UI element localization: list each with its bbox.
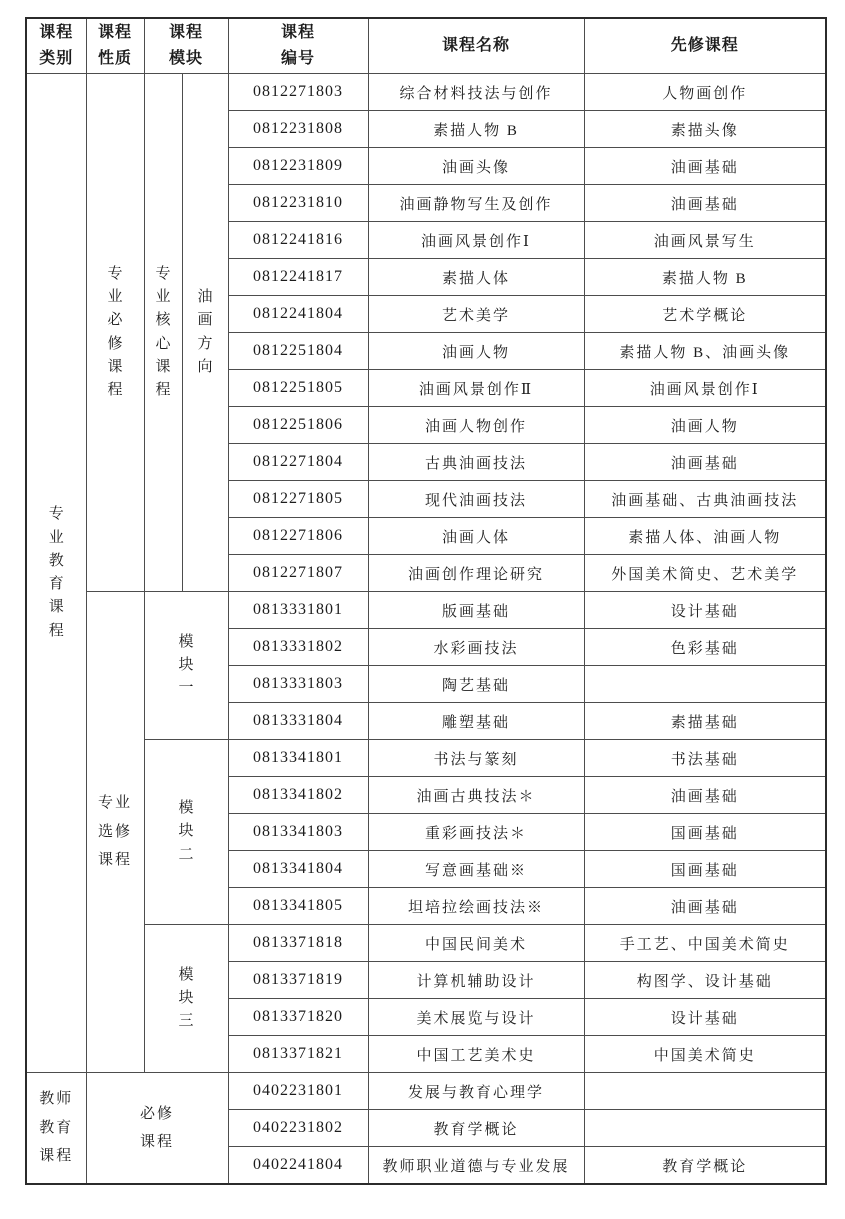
course-name: 油画静物写生及创作 bbox=[368, 185, 584, 222]
table-row: 模 块 二 0813341801书法与篆刻书法基础 bbox=[26, 740, 826, 777]
course-name: 雕塑基础 bbox=[368, 703, 584, 740]
course-name: 美术展览与设计 bbox=[368, 999, 584, 1036]
header-course-code: 课程 编号 bbox=[228, 18, 368, 74]
course-name: 油画风景创作Ⅱ bbox=[368, 370, 584, 407]
table-row: 模 块 三 0813371818中国民间美术手工艺、中国美术简史 bbox=[26, 925, 826, 962]
course-name: 油画创作理论研究 bbox=[368, 555, 584, 592]
course-prereq: 手工艺、中国美术简史 bbox=[584, 925, 826, 962]
course-name: 发展与教育心理学 bbox=[368, 1073, 584, 1110]
nature-major-required: 专 业 必 修 课 程 bbox=[86, 74, 144, 592]
course-code: 0813331802 bbox=[228, 629, 368, 666]
course-code: 0402241804 bbox=[228, 1147, 368, 1185]
course-code: 0813341801 bbox=[228, 740, 368, 777]
course-prereq: 色彩基础 bbox=[584, 629, 826, 666]
header-row: 课程 类别 课程 性质 课程 模块 课程 编号 课程名称 先修课程 bbox=[26, 18, 826, 74]
course-prereq: 油画基础 bbox=[584, 444, 826, 481]
course-code: 0812241816 bbox=[228, 222, 368, 259]
course-prereq: 油画基础 bbox=[584, 888, 826, 925]
course-name: 古典油画技法 bbox=[368, 444, 584, 481]
course-name: 现代油画技法 bbox=[368, 481, 584, 518]
module-oil-painting-direction: 油 画 方 向 bbox=[182, 74, 228, 592]
course-prereq: 油画风景创作Ⅰ bbox=[584, 370, 826, 407]
course-prereq: 艺术学概论 bbox=[584, 296, 826, 333]
course-prereq bbox=[584, 666, 826, 703]
course-name: 油画头像 bbox=[368, 148, 584, 185]
course-code: 0813371821 bbox=[228, 1036, 368, 1073]
course-code: 0813371818 bbox=[228, 925, 368, 962]
nature-teacher-required: 必修 课程 bbox=[86, 1073, 228, 1185]
course-name: 书法与篆刻 bbox=[368, 740, 584, 777]
course-name: 水彩画技法 bbox=[368, 629, 584, 666]
course-prereq: 国画基础 bbox=[584, 851, 826, 888]
course-code: 0812231810 bbox=[228, 185, 368, 222]
module-one: 模 块 一 bbox=[144, 592, 228, 740]
course-prereq: 油画风景写生 bbox=[584, 222, 826, 259]
header-course-name: 课程名称 bbox=[368, 18, 584, 74]
course-prereq: 油画基础、古典油画技法 bbox=[584, 481, 826, 518]
course-name: 教师职业道德与专业发展 bbox=[368, 1147, 584, 1185]
course-code: 0812251806 bbox=[228, 407, 368, 444]
course-table-sheet: 课程 类别 课程 性质 课程 模块 课程 编号 课程名称 先修课程 专 业 教 … bbox=[25, 17, 827, 1185]
course-prereq: 设计基础 bbox=[584, 999, 826, 1036]
course-table: 课程 类别 课程 性质 课程 模块 课程 编号 课程名称 先修课程 专 业 教 … bbox=[25, 17, 827, 1185]
header-course-nature: 课程 性质 bbox=[86, 18, 144, 74]
course-prereq: 外国美术简史、艺术美学 bbox=[584, 555, 826, 592]
course-name: 计算机辅助设计 bbox=[368, 962, 584, 999]
course-prereq: 素描人物 B bbox=[584, 259, 826, 296]
course-name: 油画人物创作 bbox=[368, 407, 584, 444]
course-prereq: 油画人物 bbox=[584, 407, 826, 444]
course-code: 0813331801 bbox=[228, 592, 368, 629]
course-prereq: 油画基础 bbox=[584, 777, 826, 814]
course-code: 0812271807 bbox=[228, 555, 368, 592]
header-course-category: 课程 类别 bbox=[26, 18, 86, 74]
course-prereq: 素描基础 bbox=[584, 703, 826, 740]
course-prereq: 国画基础 bbox=[584, 814, 826, 851]
course-prereq bbox=[584, 1073, 826, 1110]
course-name: 陶艺基础 bbox=[368, 666, 584, 703]
course-prereq bbox=[584, 1110, 826, 1147]
course-prereq: 中国美术简史 bbox=[584, 1036, 826, 1073]
course-name: 艺术美学 bbox=[368, 296, 584, 333]
course-name: 坦培拉绘画技法※ bbox=[368, 888, 584, 925]
course-prereq: 书法基础 bbox=[584, 740, 826, 777]
course-prereq: 素描头像 bbox=[584, 111, 826, 148]
course-code: 0813331804 bbox=[228, 703, 368, 740]
course-code: 0812271803 bbox=[228, 74, 368, 111]
course-code: 0813341805 bbox=[228, 888, 368, 925]
course-name: 油画风景创作Ⅰ bbox=[368, 222, 584, 259]
course-code: 0813371820 bbox=[228, 999, 368, 1036]
course-code: 0812271805 bbox=[228, 481, 368, 518]
header-course-module: 课程 模块 bbox=[144, 18, 228, 74]
course-name: 中国民间美术 bbox=[368, 925, 584, 962]
module-two: 模 块 二 bbox=[144, 740, 228, 925]
course-prereq: 素描人体、油画人物 bbox=[584, 518, 826, 555]
course-name: 重彩画技法＊ bbox=[368, 814, 584, 851]
table-row: 教师 教育 课程 必修 课程 0402231801发展与教育心理学 bbox=[26, 1073, 826, 1110]
course-name: 写意画基础※ bbox=[368, 851, 584, 888]
course-code: 0813341802 bbox=[228, 777, 368, 814]
course-prereq: 油画基础 bbox=[584, 148, 826, 185]
course-name: 油画古典技法＊ bbox=[368, 777, 584, 814]
course-prereq: 设计基础 bbox=[584, 592, 826, 629]
course-code: 0813341803 bbox=[228, 814, 368, 851]
course-code: 0813331803 bbox=[228, 666, 368, 703]
table-row: 专业 选修 课程 模 块 一 0813331801版画基础设计基础 bbox=[26, 592, 826, 629]
course-code: 0813341804 bbox=[228, 851, 368, 888]
course-name: 素描人体 bbox=[368, 259, 584, 296]
course-prereq: 构图学、设计基础 bbox=[584, 962, 826, 999]
course-code: 0812271804 bbox=[228, 444, 368, 481]
course-name: 综合材料技法与创作 bbox=[368, 74, 584, 111]
course-name: 油画人体 bbox=[368, 518, 584, 555]
course-code: 0402231802 bbox=[228, 1110, 368, 1147]
course-code: 0812231808 bbox=[228, 111, 368, 148]
table-row: 专 业 教 育 课 程 专 业 必 修 课 程 专 业 核 心 课 程 油 画 … bbox=[26, 74, 826, 111]
module-major-core: 专 业 核 心 课 程 bbox=[144, 74, 182, 592]
course-name: 素描人物 B bbox=[368, 111, 584, 148]
course-code: 0813371819 bbox=[228, 962, 368, 999]
course-name: 教育学概论 bbox=[368, 1110, 584, 1147]
nature-major-elective: 专业 选修 课程 bbox=[86, 592, 144, 1073]
header-prereq: 先修课程 bbox=[584, 18, 826, 74]
course-code: 0812241817 bbox=[228, 259, 368, 296]
course-code: 0812231809 bbox=[228, 148, 368, 185]
course-prereq: 教育学概论 bbox=[584, 1147, 826, 1185]
course-prereq: 油画基础 bbox=[584, 185, 826, 222]
course-prereq: 人物画创作 bbox=[584, 74, 826, 111]
course-code: 0812241804 bbox=[228, 296, 368, 333]
category-major-education: 专 业 教 育 课 程 bbox=[26, 74, 86, 1073]
course-name: 油画人物 bbox=[368, 333, 584, 370]
course-name: 版画基础 bbox=[368, 592, 584, 629]
category-teacher-education: 教师 教育 课程 bbox=[26, 1073, 86, 1185]
course-prereq: 素描人物 B、油画头像 bbox=[584, 333, 826, 370]
course-code: 0812251804 bbox=[228, 333, 368, 370]
course-code: 0402231801 bbox=[228, 1073, 368, 1110]
module-three: 模 块 三 bbox=[144, 925, 228, 1073]
course-code: 0812251805 bbox=[228, 370, 368, 407]
course-name: 中国工艺美术史 bbox=[368, 1036, 584, 1073]
course-code: 0812271806 bbox=[228, 518, 368, 555]
